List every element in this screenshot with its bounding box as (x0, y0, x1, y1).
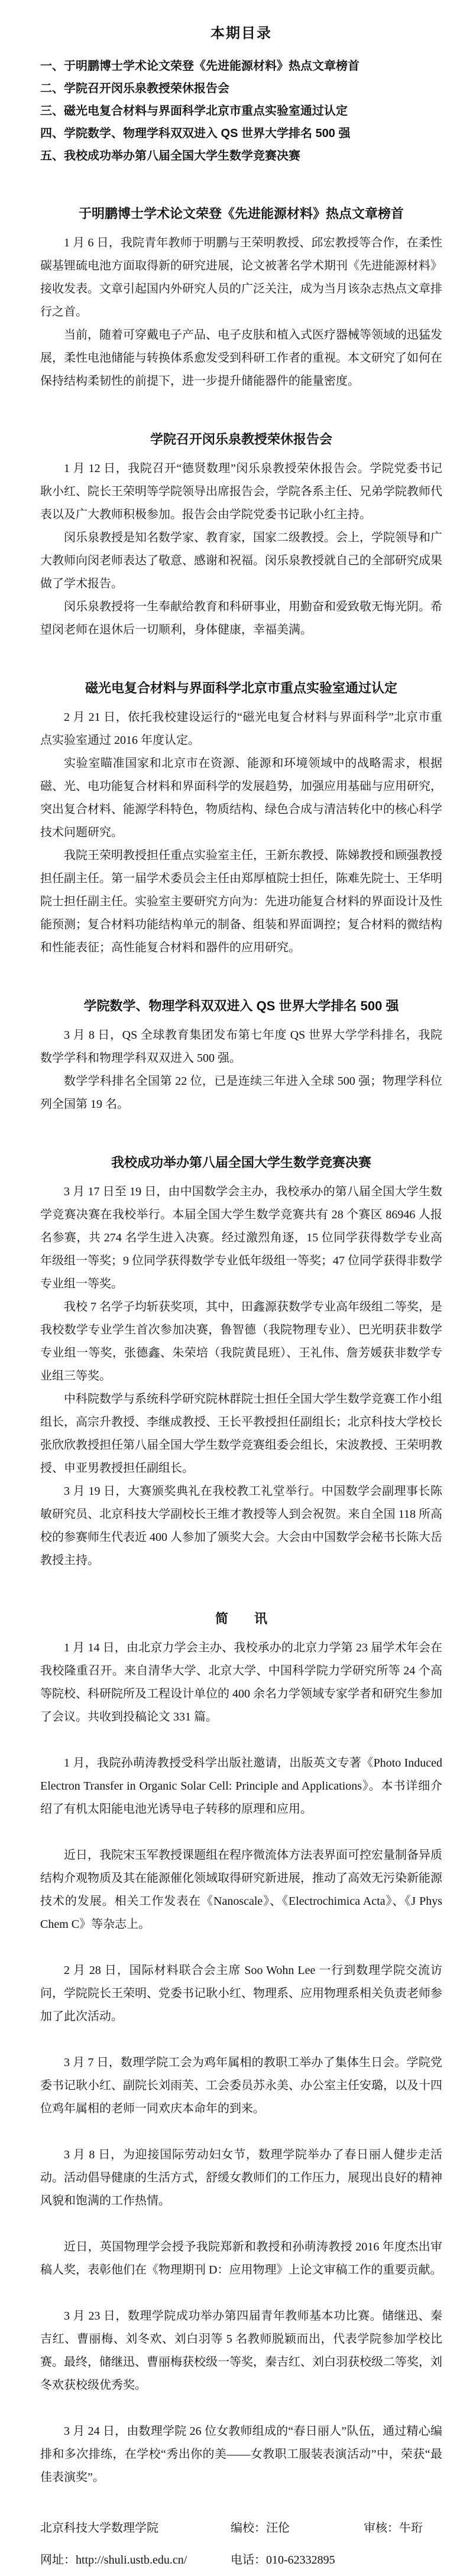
section-article-3: 磁光电复合材料与界面科学北京市重点实验室通过认定 2 月 21 日，依托我校建设… (40, 642, 442, 960)
section-heading: 于明鹏博士学术论文荣登《先进能源材料》热点文章榜首 (40, 204, 442, 222)
paragraph: 数学学科排名全国第 22 位，已是连续三年进入全球 500 强；物理学科位列全国… (40, 1070, 442, 1116)
paragraph: 我院王荣明教授担任重点实验室主任，王新东教授、陈娣教授和顾强教授担任副主任。第一… (40, 844, 442, 960)
brief-item: 2 月 28 日，国际材料联合会主席 Soo Wohn Lee 一行到数理学院交… (40, 1959, 442, 2028)
footer-organization: 北京科技大学数理学院 (40, 2512, 231, 2544)
section-briefs: 简 讯 1 月 14 日，由北京力学会主办、我校承办的北京力学第 23 届学术年… (40, 1572, 442, 2512)
section-heading: 我校成功举办第八届全国大学生数学竞赛决赛 (40, 1153, 442, 1171)
footer-reviewer: 审核：牛珩 (364, 2512, 442, 2544)
brief-item: 3 月 23 日，数理学院成功举办第四届青年教师基本功比赛。储继迅、秦吉红、曹丽… (40, 2305, 442, 2397)
toc-item-5: 五、我校成功举办第八届全国大学生数学竞赛决赛 (40, 145, 442, 167)
paragraph: 2 月 21 日，依托我校建设运行的“磁光电复合材料与界面科学”北京市重点实验室… (40, 706, 442, 752)
section-article-4: 学院数学、物理学科双双进入 QS 世界大学排名 500 强 3 月 8 日，QS… (40, 960, 442, 1116)
brief-item: 近日，英国物理学会授予我院郑新和教授和孙萌涛教授 2016 年度杰出审稿人奖，表… (40, 2236, 442, 2282)
page-title: 本期目录 (40, 21, 442, 42)
toc-item-1: 一、于明鹏博士学术论文荣登《先进能源材料》热点文章榜首 (40, 55, 442, 77)
toc-item-3: 三、磁光电复合材料与界面科学北京市重点实验室通过认定 (40, 100, 442, 122)
footer: 北京科技大学数理学院 编校：汪伦 审核：牛珩 网址：http://shuli.u… (40, 2512, 442, 2576)
footer-row-2: 网址：http://shuli.ustb.edu.cn/ 电话：010-6233… (40, 2544, 442, 2576)
footer-row-1: 北京科技大学数理学院 编校：汪伦 审核：牛珩 (40, 2512, 442, 2544)
section-article-2: 学院召开闵乐泉教授荣休报告会 1 月 12 日，我院召开“德贤数理”闵乐泉教授荣… (40, 393, 442, 642)
briefs-heading: 简 讯 (40, 1609, 442, 1627)
paragraph: 闵乐泉教授是知名数学家、教育家，国家二级教授。会上，学院领导和广大教师向闵老师表… (40, 526, 442, 596)
paragraph: 当前，随着可穿戴电子产品、电子皮肤和植入式医疗器械等领域的迅猛发展，柔性电池储能… (40, 324, 442, 393)
brief-item: 1 月 14 日，由北京力学会主办、我校承办的北京力学第 23 届学术年会在我校… (40, 1637, 442, 1729)
paragraph: 我校 7 名学子均斩获奖项，其中，田鑫源获数学专业高年级组二等奖，是我校数学专业… (40, 1296, 442, 1388)
footer-website: 网址：http://shuli.ustb.edu.cn/ (40, 2544, 231, 2576)
paragraph: 实验室瞄准国家和北京市在资源、能源和环境领域中的战略需求，根据磁、光、电功能复合… (40, 752, 442, 844)
toc-item-2: 二、学院召开闵乐泉教授荣休报告会 (40, 77, 442, 100)
section-heading: 学院数学、物理学科双双进入 QS 世界大学排名 500 强 (40, 996, 442, 1014)
brief-item: 3 月 7 日，数理学院工会为鸡年属相的教职工举办了集体生日会。学院党委书记耿小… (40, 2051, 442, 2120)
section-article-1: 于明鹏博士学术论文荣登《先进能源材料》热点文章榜首 1 月 6 日，我院青年教师… (40, 167, 442, 393)
toc-item-4: 四、学院数学、物理学科双双进入 QS 世界大学排名 500 强 (40, 122, 442, 145)
brief-item: 3 月 8 日，为迎接国际劳动妇女节，数理学院举办了春日丽人健步走活动。活动倡导… (40, 2144, 442, 2213)
paragraph: 1 月 6 日，我院青年教师于明鹏与王荣明教授、邱宏教授等合作，在柔性碳基锂硫电… (40, 232, 442, 324)
brief-item: 3 月 24 日，由数理学院 26 位女教师组成的“春日丽人”队伍，通过精心编排… (40, 2420, 442, 2489)
section-article-5: 我校成功举办第八届全国大学生数学竞赛决赛 3 月 17 日至 19 日，由中国数… (40, 1116, 442, 1572)
paragraph: 中科院数学与系统科学研究院林群院士担任全国大学生数学竞赛工作小组组长，高宗升教授… (40, 1388, 442, 1480)
section-heading: 学院召开闵乐泉教授荣休报告会 (40, 430, 442, 448)
newsletter-page: 本期目录 一、于明鹏博士学术论文荣登《先进能源材料》热点文章榜首 二、学院召开闵… (0, 0, 473, 2502)
toc: 一、于明鹏博士学术论文荣登《先进能源材料》热点文章榜首 二、学院召开闵乐泉教授荣… (40, 55, 442, 167)
paragraph: 3 月 19 日，大赛颁奖典礼在我校教工礼堂举行。中国数学会副理事长陈敏研究员、… (40, 1480, 442, 1572)
paragraph: 闵乐泉教授将一生奉献给教育和科研事业，用勤奋和爱致敬无悔光阴。希望闵老师在退休后… (40, 596, 442, 642)
brief-item: 1 月，我院孙萌涛教授受科学出版社邀请，出版英文专著《Photo Induced… (40, 1752, 442, 1821)
footer-editor: 编校：汪伦 (231, 2512, 364, 2544)
brief-item: 近日，我院宋玉军教授课题组在程序微流体方法表界面可控宏量制备异质结构介观物质及其… (40, 1844, 442, 1936)
paragraph: 3 月 8 日，QS 全球教育集团发布第七年度 QS 世界大学学科排名，我院数学… (40, 1024, 442, 1070)
paragraph: 3 月 17 日至 19 日，由中国数学会主办，我校承办的第八届全国大学生数学竞… (40, 1180, 442, 1296)
paragraph: 1 月 12 日，我院召开“德贤数理”闵乐泉教授荣休报告会。学院党委书记耿小红、… (40, 457, 442, 526)
section-heading: 磁光电复合材料与界面科学北京市重点实验室通过认定 (40, 678, 442, 697)
footer-phone: 电话：010-62332895 (231, 2544, 442, 2576)
